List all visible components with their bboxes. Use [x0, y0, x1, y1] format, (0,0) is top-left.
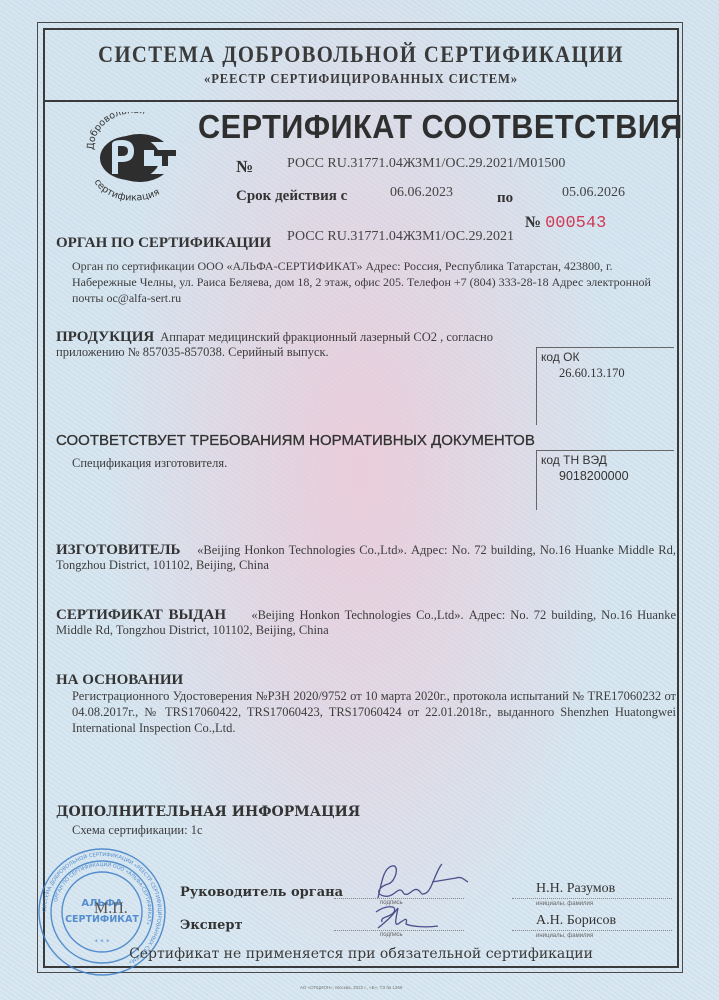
head-name: Н.Н. Разумов [536, 881, 615, 897]
validity-label: Срок действия с [236, 188, 347, 205]
issued-to-section: СЕРТИФИКАТ ВЫДАН «Beijing Honkon Technol… [56, 608, 676, 638]
manufacturer-heading: ИЗГОТОВИТЕЛЬ [56, 542, 180, 558]
normative-heading: СООТВЕТСТВУЕТ ТРЕБОВАНИЯМ НОРМАТИВНЫХ ДО… [56, 432, 535, 449]
certification-body-details: Орган по сертификации ООО «АЛЬФА-СЕРТИФИ… [72, 258, 672, 306]
rst-logo-icon: Добровольная сертификация [82, 112, 184, 202]
ok-code-value: 26.60.13.170 [559, 366, 674, 381]
additional-info-text: Схема сертификации: 1с [72, 822, 203, 838]
system-title: СИСТЕМА ДОБРОВОЛЬНОЙ СЕРТИФИКАЦИИ [75, 42, 647, 68]
certification-body-heading: ОРГАН ПО СЕРТИФИКАЦИИ [56, 235, 271, 252]
manufacturer-section: ИЗГОТОВИТЕЛЬ «Beijing Honkon Technologie… [56, 543, 676, 573]
footer-note: Сертификат не применяется при обязательн… [43, 946, 679, 962]
product-heading: ПРОДУКЦИЯ [56, 329, 154, 345]
expert-label: Эксперт [180, 918, 243, 933]
print-info: АО «ОПЦИОН», Москва, 2022 г., «Б», ТЗ № … [300, 985, 402, 990]
svg-text:сертификация: сертификация [92, 177, 162, 202]
serial-number-block: № 000543 [525, 214, 606, 233]
system-subtitle: «РЕЕСТР СЕРТИФИЦИРОВАННЫХ СИСТЕМ» [75, 72, 647, 88]
certificate-title: СЕРТИФИКАТ СООТВЕТСТВИЯ [198, 108, 683, 146]
head-name-line [512, 898, 672, 899]
tn-ved-label: код ТН ВЭД [541, 453, 674, 467]
expert-name-caption: инициалы, фамилия [536, 933, 593, 939]
tn-ved-code-box: код ТН ВЭД 9018200000 [536, 450, 674, 510]
expert-name-line [512, 930, 672, 931]
number-label: № [236, 157, 253, 177]
head-of-body-label: Руководитель органа [180, 885, 343, 900]
ok-code-box: код ОК 26.60.13.170 [536, 347, 674, 425]
basis-text: Регистрационного Удостоверения №РЗН 2020… [72, 688, 676, 736]
tn-ved-value: 9018200000 [559, 469, 674, 483]
mp-label: М.П. [94, 900, 128, 918]
head-name-caption: инициалы, фамилия [536, 901, 593, 907]
certification-body-code: РОСС RU.31771.04ЖЗМ1/ОС.29.2021 [287, 229, 514, 245]
valid-from-date: 06.06.2023 [390, 185, 453, 201]
valid-to-date: 05.06.2026 [562, 185, 625, 201]
expert-name: А.Н. Борисов [536, 913, 616, 929]
expert-signature-icon [368, 902, 448, 936]
head-signature-icon [370, 860, 480, 905]
product-section: ПРОДУКЦИЯАппарат медицинский фракционный… [56, 330, 496, 360]
normative-text: Спецификация изготовителя. [72, 455, 227, 471]
certificate-number: РОСС RU.31771.04ЖЗМ1/ОС.29.2021/М01500 [287, 156, 565, 172]
serial-label: № [525, 214, 541, 231]
additional-info-heading: ДОПОЛНИТЕЛЬНАЯ ИНФОРМАЦИЯ [56, 804, 360, 820]
header-divider [43, 100, 679, 102]
valid-to-label: по [497, 190, 513, 207]
serial-number: 000543 [545, 214, 606, 233]
svg-text:* * *: * * * [95, 938, 110, 946]
ok-code-label: код ОК [541, 350, 674, 364]
basis-heading: НА ОСНОВАНИИ [56, 672, 183, 689]
issued-to-heading: СЕРТИФИКАТ ВЫДАН [56, 607, 226, 623]
